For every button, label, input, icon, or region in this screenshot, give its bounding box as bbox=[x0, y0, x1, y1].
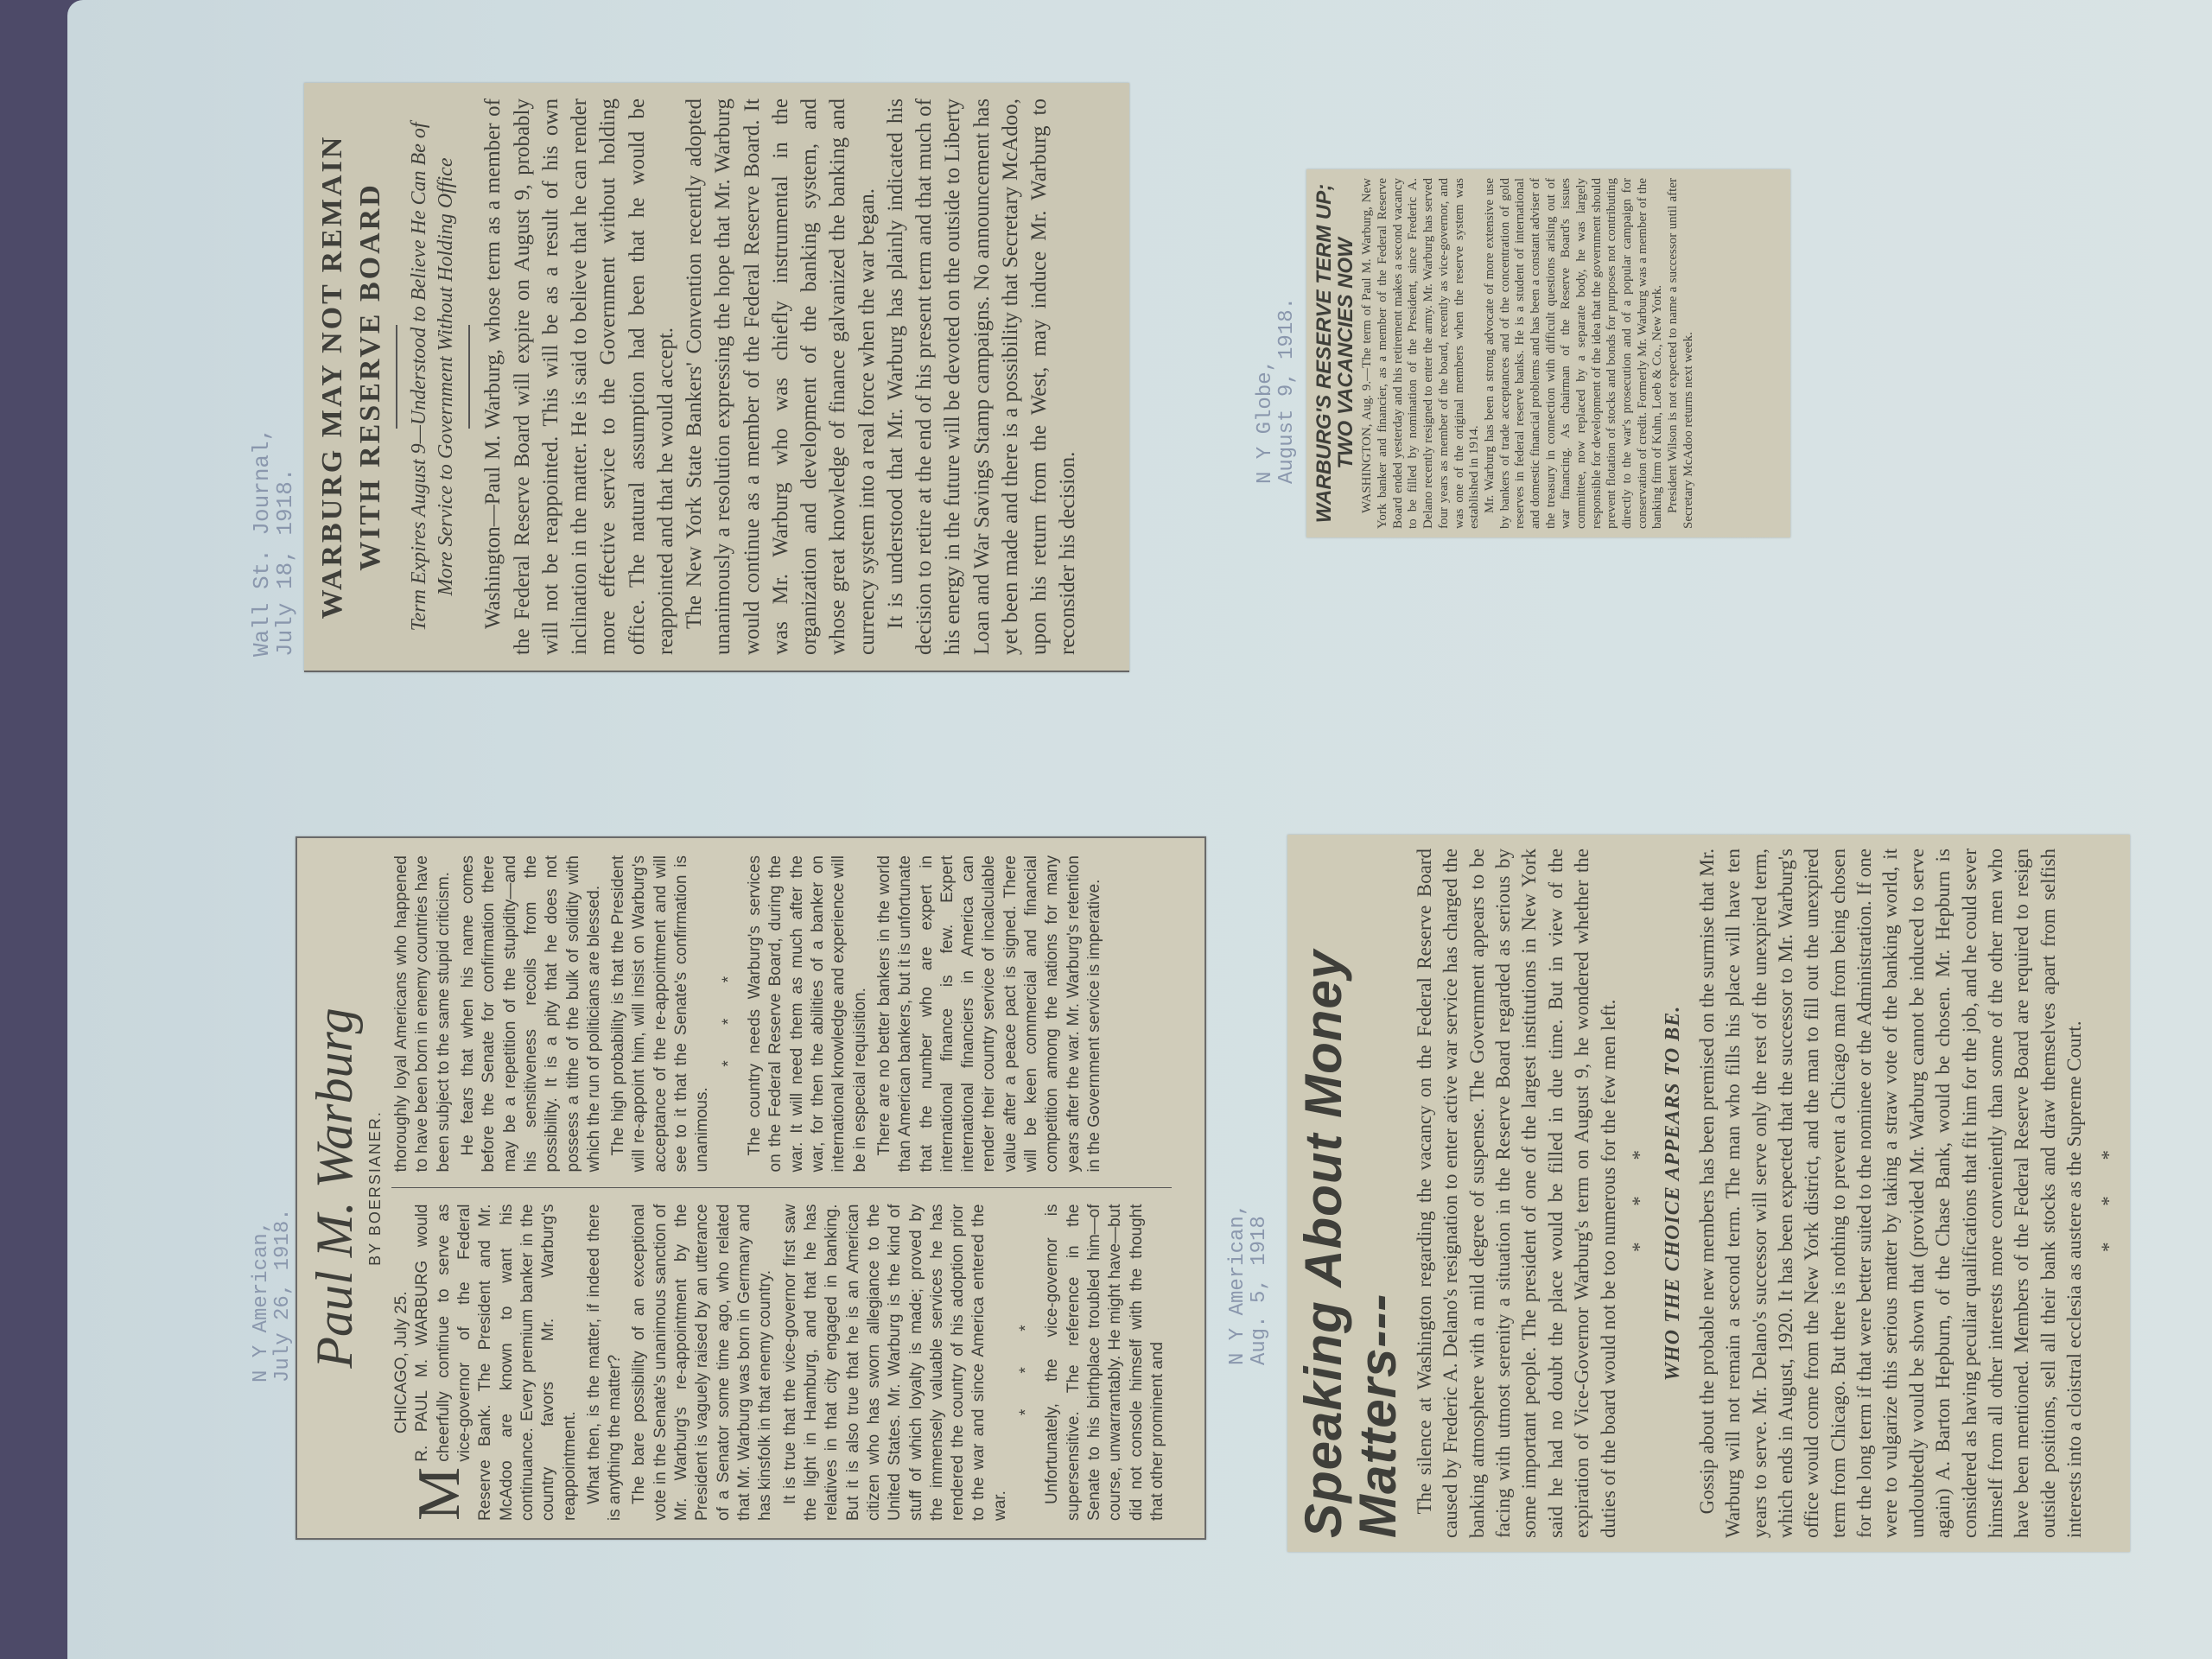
separator-stars: * * * bbox=[1627, 849, 1653, 1538]
american-july-paragraph: thoroughly loyal Americans who happened … bbox=[391, 855, 454, 1173]
drop-cap: M bbox=[412, 1467, 467, 1521]
column-rule bbox=[391, 1188, 1172, 1189]
wsj-paragraph: The New York State Bankers' Convention r… bbox=[680, 99, 881, 655]
wsj-source-stamp: Wall St. Journal, July 18, 1918. bbox=[251, 428, 298, 657]
wsj-headline-1: WARBURG MAY NOT REMAIN bbox=[316, 99, 349, 655]
globe-paragraph: Mr. Warburg has been a strong advocate o… bbox=[1483, 178, 1666, 529]
clipping-american-aug: Speaking About Money Matters--- The sile… bbox=[1287, 835, 2130, 1552]
wsj-paragraph: Washington—Paul M. Warburg, whose term a… bbox=[479, 99, 680, 655]
globe-paragraph: President Wilson is not expected to name… bbox=[1666, 178, 1696, 529]
wsj-headline-2: WITH RESERVE BOARD bbox=[354, 99, 387, 655]
american-july-column-2: thoroughly loyal Americans who happened … bbox=[391, 855, 1172, 1173]
clipping-globe: WARBURG'S RESERVE TERM UP; TWO VACANCIES… bbox=[1306, 169, 1790, 537]
american-july-paragraph: There are no better bankers in the world… bbox=[874, 855, 1105, 1173]
divider bbox=[468, 325, 470, 429]
globe-paragraph: WASHINGTON, Aug. 9.—The term of Paul M. … bbox=[1360, 178, 1483, 529]
american-july-headline: Paul M. Warburg bbox=[306, 855, 363, 1521]
american-july-source-stamp: N Y American, July 26, 1918. bbox=[251, 1208, 294, 1382]
separator-stars: * * * bbox=[719, 855, 740, 1173]
globe-source-stamp: N Y Globe, August 9, 1918. bbox=[1255, 297, 1298, 484]
american-aug-headline: Speaking About Money Matters--- bbox=[1296, 849, 1405, 1538]
american-aug-paragraph: The silence at Washington regarding the … bbox=[1412, 849, 1622, 1538]
wsj-paragraph: It is understood that Mr. Warburg has pl… bbox=[881, 99, 1083, 655]
american-july-paragraph: What then, is the matter, if indeed ther… bbox=[584, 1205, 626, 1522]
american-july-paragraph: The high probability is that the Preside… bbox=[608, 855, 714, 1173]
american-july-paragraph: The country needs Warburg's services on … bbox=[745, 855, 871, 1173]
american-aug-subhead: WHO THE CHOICE APPEARS TO BE. bbox=[1660, 849, 1688, 1538]
clipping-american-july: Paul M. Warburg BY BOERSIANER. CHICAGO, … bbox=[296, 836, 1206, 1540]
globe-headline: WARBURG'S RESERVE TERM UP; TWO VACANCIES… bbox=[1313, 178, 1357, 529]
american-july-paragraph: He fears that when his name comes before… bbox=[458, 855, 605, 1173]
american-july-byline: BY BOERSIANER. bbox=[366, 855, 385, 1521]
american-aug-paragraph: Gossip about the probable new members ha… bbox=[1694, 849, 2088, 1538]
american-july-paragraph: It is true that the vice-governor first … bbox=[780, 1205, 1011, 1522]
american-july-column-1: CHICAGO, July 25. MR. PAUL M. WARBURG wo… bbox=[391, 1205, 1172, 1522]
clipping-wsj: WARBURG MAY NOT REMAIN WITH RESERVE BOAR… bbox=[304, 83, 1129, 672]
wsj-deck: Term Expires August 9—Understood to Beli… bbox=[406, 99, 460, 655]
american-july-paragraph: The bare possibility of an exceptional v… bbox=[629, 1205, 776, 1522]
american-july-paragraph: Unfortunately, the vice-governor is supe… bbox=[1042, 1205, 1168, 1522]
end-marks: * * * bbox=[2096, 849, 2122, 1538]
american-aug-source-stamp: N Y American, Aug. 5, 1918 bbox=[1227, 1204, 1270, 1365]
separator-stars: * * * bbox=[1016, 1205, 1037, 1522]
divider bbox=[396, 325, 397, 429]
